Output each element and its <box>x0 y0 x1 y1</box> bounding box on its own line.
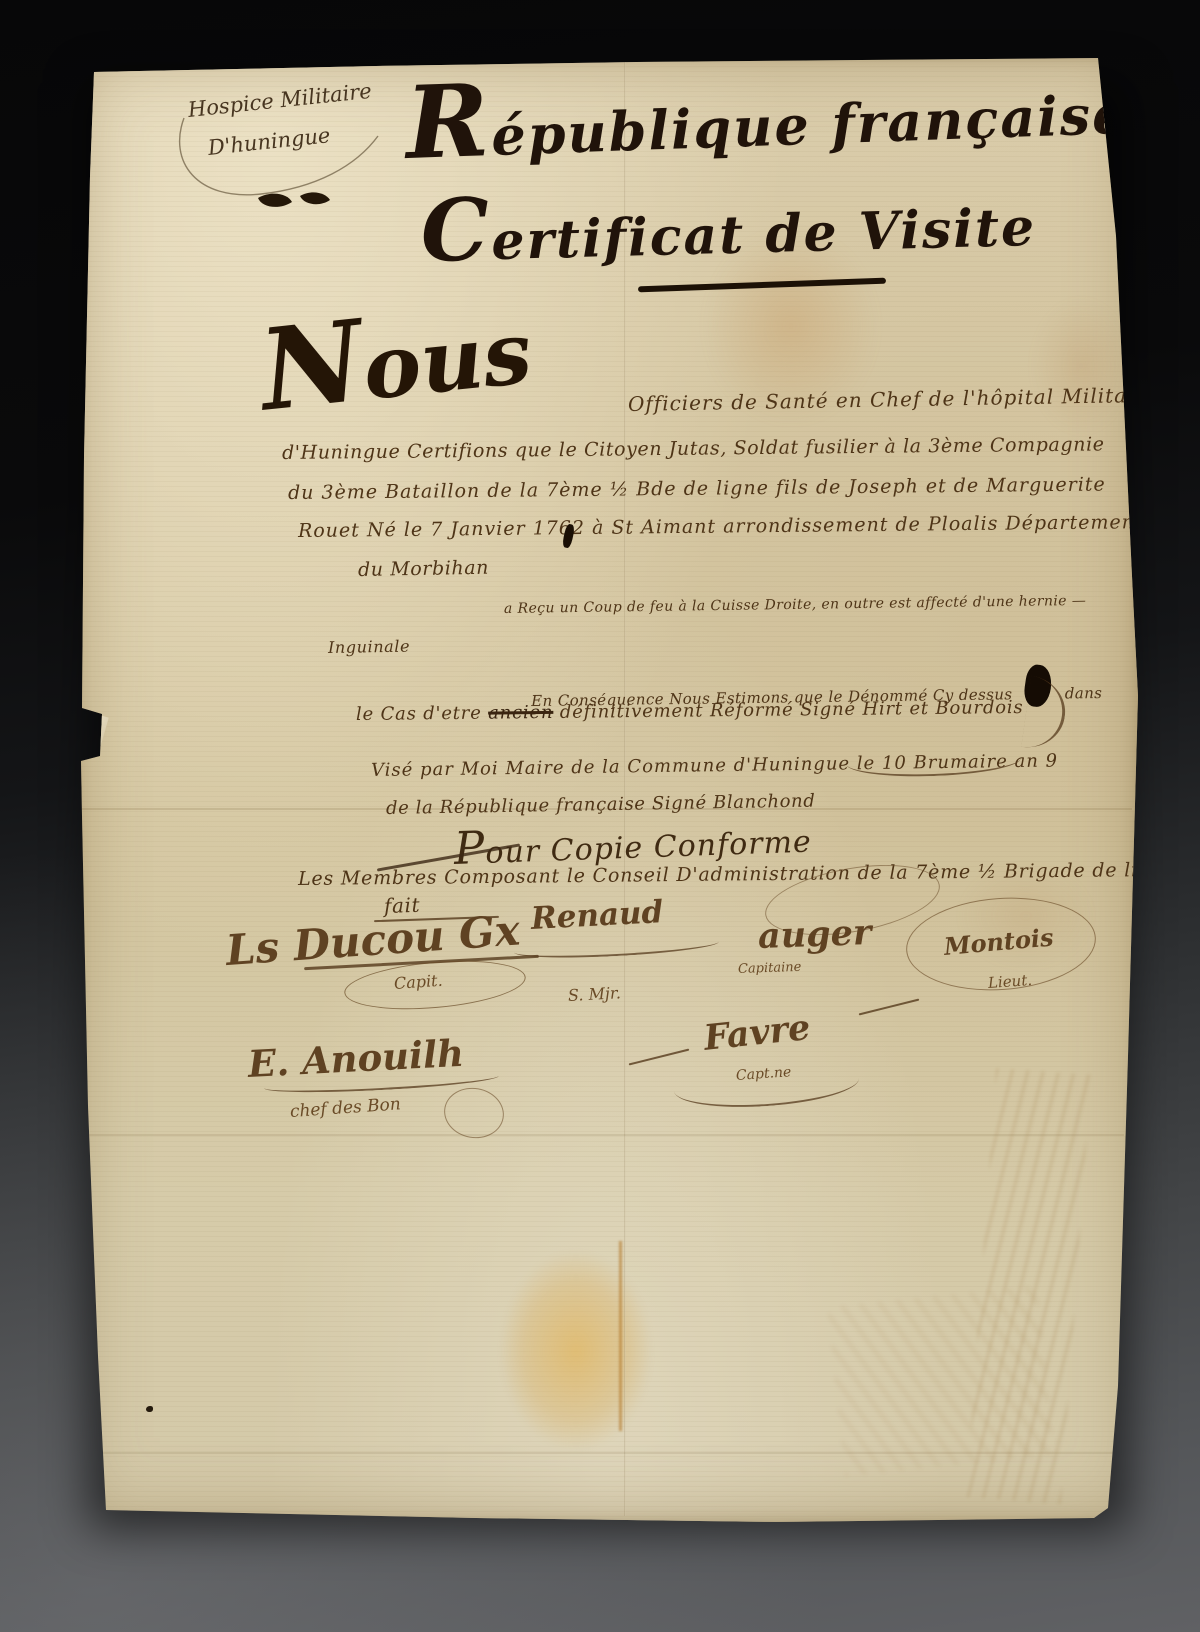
signature-6-swirl <box>440 1083 508 1143</box>
corner-note-line-2: D'huningue <box>207 123 332 160</box>
corner-note-line-1: Hospice Militaire <box>187 79 373 122</box>
members-line: Les Membres Composant le Conseil D'admin… <box>298 859 1176 890</box>
struck-word: ancien <box>488 702 553 724</box>
title-line-2: Certificat de Visite <box>420 182 1037 274</box>
title-underline <box>638 278 886 293</box>
signature-3-rank: Capitaine <box>738 960 802 977</box>
ink-speck <box>146 1406 153 1412</box>
document-paper: Hospice Militaire D'huningue République … <box>76 56 1138 1522</box>
signature-4-rank: Lieut. <box>987 971 1032 992</box>
signature-2-name: Renaud <box>530 894 664 937</box>
signature-5-dash-left <box>629 1049 690 1066</box>
signature-5-name: Favre <box>702 1007 812 1059</box>
flourish-smile-under-date <box>846 743 1022 779</box>
body-line-p1l2: d'Huningue Certifions que le Citoyen Jut… <box>282 433 1105 464</box>
title-line-1: République française <box>405 61 1130 171</box>
laid-paper-texture <box>76 56 1138 1522</box>
ghost-bleed-right <box>966 1068 1091 1504</box>
photo-background: Hospice Militaire D'huningue République … <box>0 0 1200 1632</box>
body-line-p3l2-post: définitivement Réformé Signé Hirt et Bou… <box>553 697 1023 723</box>
signature-6-rank: chef des Bon <box>289 1094 401 1122</box>
body-line-p1l1: Officiers de Santé en Chef de l'hôpital … <box>628 383 1158 416</box>
body-line-p3l2: le Cas d'etre ancien définitivement Réfo… <box>356 697 1024 725</box>
signature-3-name: auger <box>757 912 872 957</box>
opening-word: Nous <box>254 278 537 437</box>
body-line-p3l2-pre: le Cas d'etre <box>356 703 488 725</box>
corner-note-flourish <box>166 106 396 226</box>
signature-5-dash-right <box>859 999 920 1016</box>
stain-streak <box>619 1241 622 1431</box>
body-line-p2l2: Inguinale <box>328 637 410 657</box>
body-line-p2l1: a Reçu un Coup de feu à la Cuisse Droite… <box>504 593 1086 617</box>
body-line-p1l5: du Morbihan <box>358 557 489 581</box>
crease-vertical-center <box>624 60 626 1516</box>
crease-horizontal-bottom <box>86 1452 1121 1454</box>
crease-horizontal-lower <box>84 1134 1124 1136</box>
stain-yellow-bottom <box>481 1226 671 1476</box>
body-line-p1l3: du 3ème Bataillon de la 7ème ½ Bde de li… <box>288 473 1106 504</box>
signature-2-rank: S. Mjr. <box>568 983 622 1005</box>
body-line-p1l4: Rouet Né le 7 Janvier 1762 à St Aimant a… <box>298 511 1144 542</box>
signature-1-rank: Capit. <box>393 971 443 993</box>
signature-2-underline <box>514 933 720 962</box>
ghost-bleed-corner <box>828 1285 1055 1476</box>
body-line-p3l1-post: dans <box>1065 684 1103 703</box>
